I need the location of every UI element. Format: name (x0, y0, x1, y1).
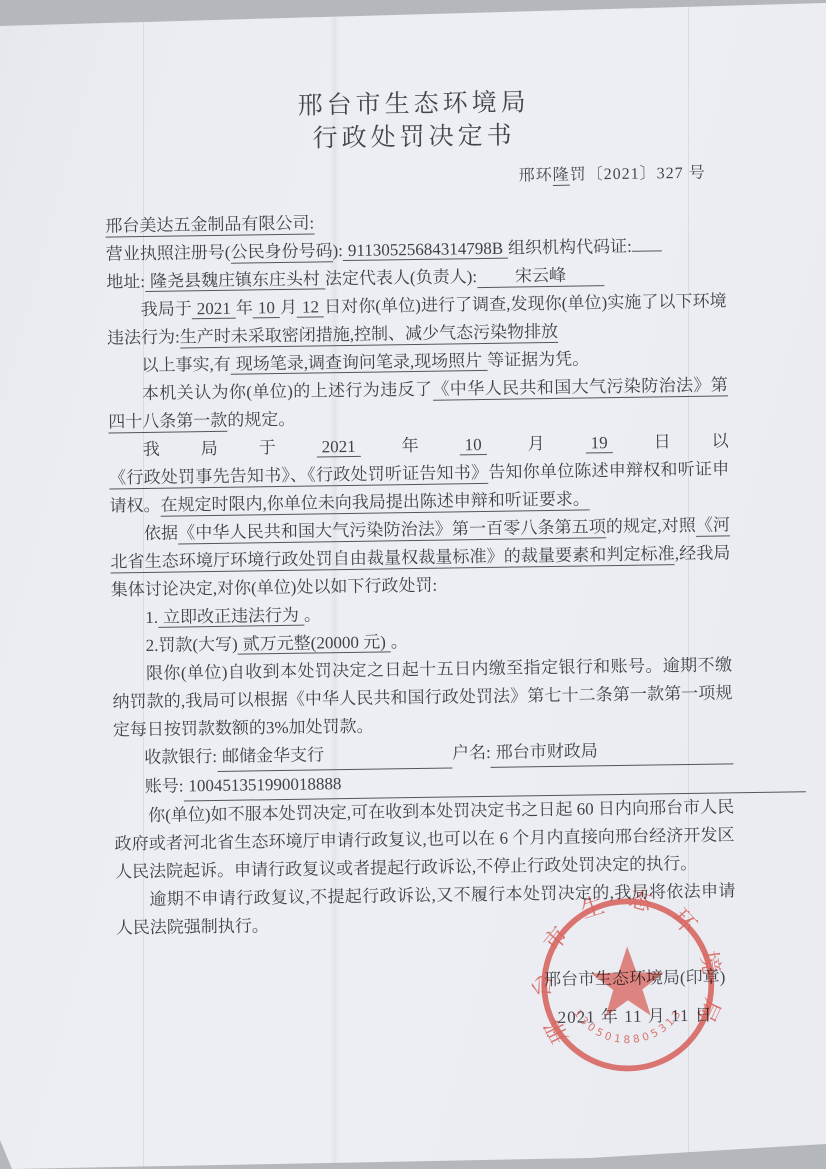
text-run: 的规定,对照 (606, 516, 696, 536)
notice-day: 19 (586, 433, 613, 453)
document-header: 邢台市生态环境局 行政处罚决定书 (0, 0, 826, 160)
violation-description: 生产时未采取密闭措施,控制、减少气态污染物排放 (180, 322, 559, 349)
docno-filled-county: 隆 (553, 167, 570, 186)
investigation-year: 2021 (192, 299, 236, 320)
account-name-label: 户名: (452, 739, 491, 768)
license-label-end: ): (332, 241, 343, 260)
text-run: 等证据为凭。 (487, 349, 589, 370)
document-content: 邢台市生态环境局 行政处罚决定书 邢环隆罚〔2021〕327 号 邢台美达五金制… (0, 0, 826, 1169)
bank-label: 收款银行: (144, 743, 217, 772)
scanned-page-background: { "header": { "title_line1": "邢台市生态环境局",… (0, 0, 826, 1169)
org-code-blank (632, 232, 662, 251)
account-label: 账号: (145, 772, 184, 801)
address-label: 地址: (106, 272, 145, 292)
text-run: 月 (487, 433, 586, 453)
address-value: 隆尧县魏庄镇东庄头村 (145, 269, 325, 292)
evidence-list: 现场笔录,调查询问笔录,现场照片 (231, 351, 488, 375)
text-run: 的规定。 (227, 410, 295, 430)
text-run: 依据 (144, 524, 179, 544)
basis-law: 《中华人民共和国大气污染防治法》第一百零八条第五项 (178, 517, 606, 544)
document-body: 邢台美达五金制品有限公司: 营业执照注册号(公民身份号码):9113052568… (2, 186, 826, 944)
fine-label: 罚款(大写) (158, 635, 238, 655)
appeal-paragraph: 你(单位)如不服本处罚决定,可在收到本处罚决定书之日起 60 日内向邢台市人民政… (114, 793, 735, 886)
text-run: 日以 (613, 431, 729, 452)
notice-result: 在规定时限内,你单位未向我局提出陈述申辩和听证要求。 (160, 489, 590, 516)
penalty-correct-action: 立即改正违法行为 (158, 606, 304, 628)
notice-month: 10 (460, 435, 487, 455)
item-number: 1. (145, 608, 158, 627)
docno-prefix: 邢环 (519, 167, 553, 185)
text-run: 月 (280, 298, 297, 317)
org-code-label: 组织机构代码证: (508, 237, 632, 258)
text-run: 年 (236, 298, 253, 317)
docno-suffix: 罚〔2021〕327 号 (570, 165, 706, 184)
legal-rep-label: 法定代表人(负责人): (325, 267, 477, 288)
text-run: 。 (391, 632, 408, 651)
fine-amount: 贰万元整(20000 元) (238, 632, 391, 654)
license-number: 91130525684314798B (343, 239, 508, 261)
official-seal: 邢台市生态环境局 1305018805313 (530, 888, 725, 1083)
text-run: 本机关认为你(单位)的上述行为违反了 (142, 380, 433, 403)
legal-rep-value: 宋云峰 (477, 265, 604, 288)
investigation-month: 10 (253, 298, 280, 318)
legal-basis-paragraph: 依据《中华人民共和国大气污染防治法》第一百零八条第五项的规定,对照《河北省生态环… (110, 511, 731, 604)
account-name-value: 邢台市财政局 (491, 735, 734, 768)
license-label: 营业执照注册号( (106, 243, 231, 264)
bank-value: 邮储金华支行 (217, 739, 452, 771)
license-label-id: 公民身份号码 (230, 241, 332, 264)
text-run: 。 (304, 605, 321, 624)
notice-documents: 《行政处罚事先告知书》、《行政处罚听证告知书》 (109, 463, 488, 490)
investigation-day: 12 (297, 297, 324, 317)
text-run: 以上事实,有 (141, 355, 231, 375)
text-run: 年 (361, 435, 460, 455)
document-page: 邢台市生态环境局 行政处罚决定书 邢环隆罚〔2021〕327 号 邢台美达五金制… (0, 0, 826, 1169)
violated-law-paragraph: 本机关认为你(单位)的上述行为违反了《中华人民共和国大气污染防治法》第四十八条第… (108, 371, 729, 436)
investigation-paragraph: 我局于2021年10月12日对你(单位)进行了调查,发现你(单位)实施了以下环境… (106, 287, 727, 352)
notice-year: 2021 (317, 437, 361, 458)
seal-star-icon (591, 946, 665, 1017)
text-run: 我局于 (141, 299, 192, 319)
notice-paragraph: 我局于2021年10月19日以《行政处罚事先告知书》、《行政处罚听证告知书》告知… (109, 427, 730, 520)
seal-code: 1305018805313 (571, 1006, 686, 1047)
text-run: 我局于 (143, 437, 317, 459)
payment-deadline-paragraph: 限你(单位)自收到本处罚决定之日起十五日内缴至指定银行和账号。逾期不缴纳罚款的,… (112, 651, 733, 744)
addressee-name: 邢台美达五金制品有限公司: (105, 213, 314, 237)
item-number: 2. (146, 636, 159, 655)
